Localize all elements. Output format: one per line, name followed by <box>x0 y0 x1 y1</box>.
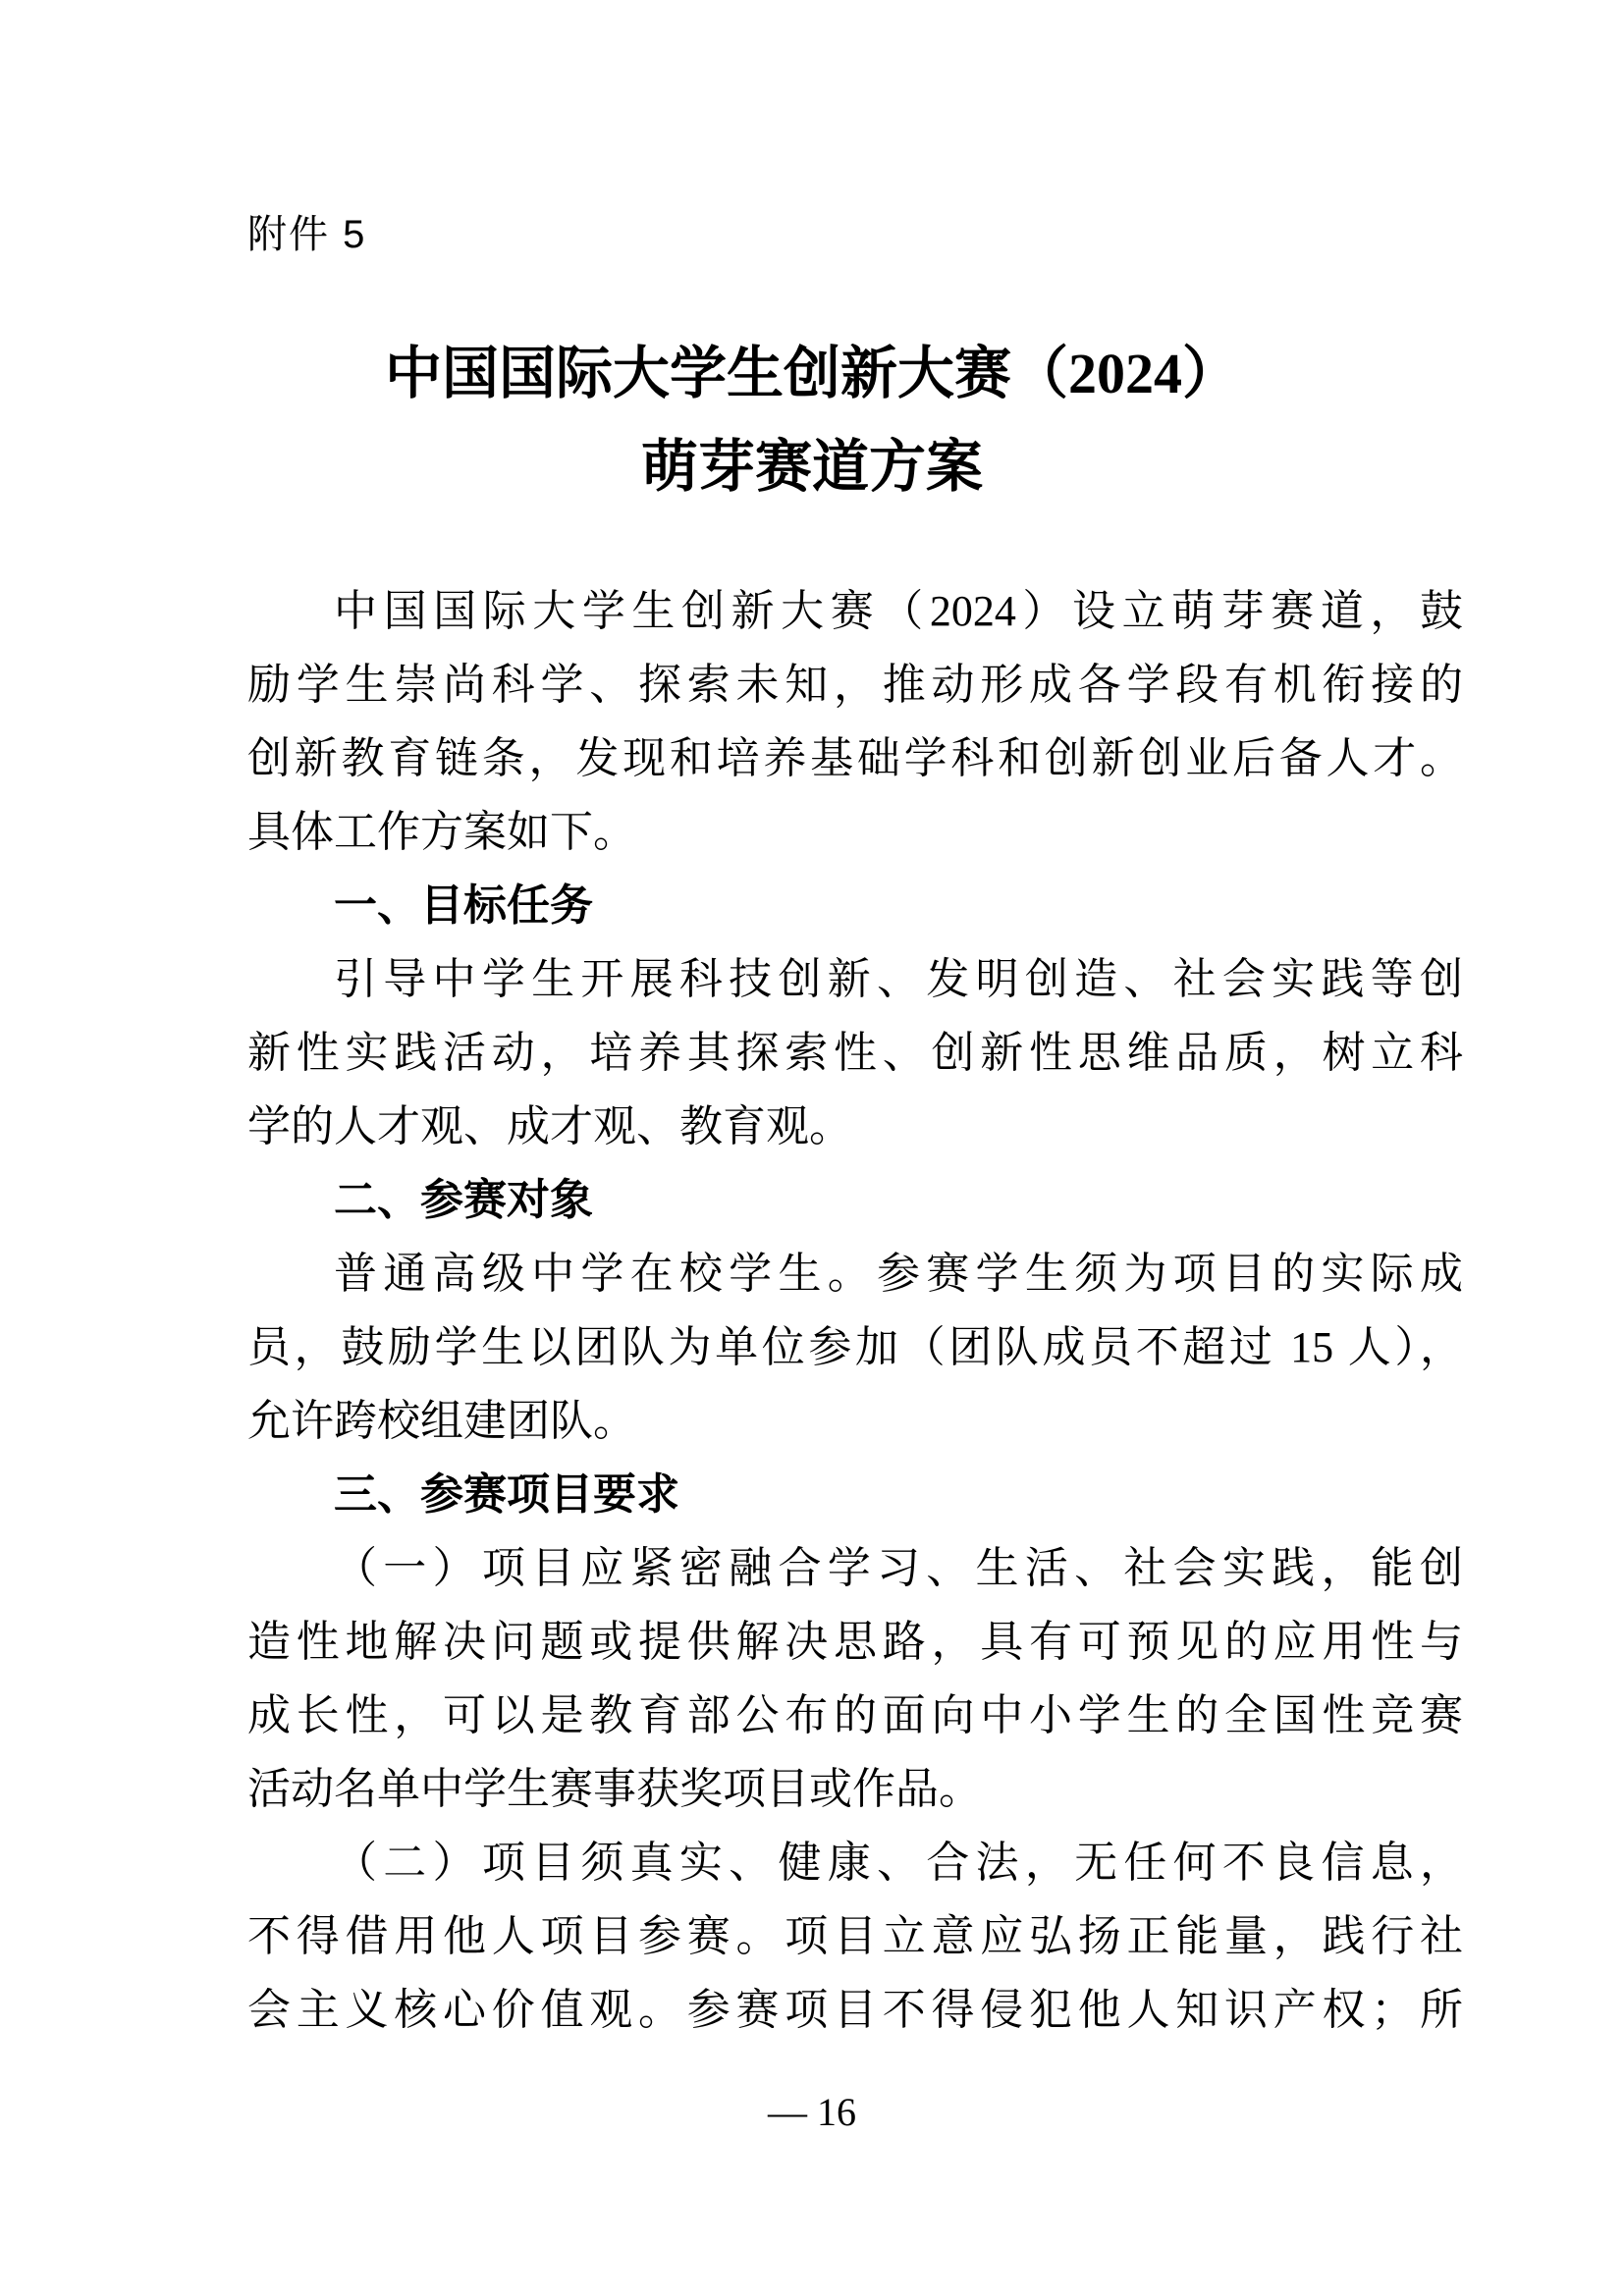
paragraph-line: 中国国际大学生创新大赛（2024）设立萌芽赛道，鼓 <box>247 574 1463 648</box>
document-title: 中国国际大学生创新大赛（2024） 萌芽赛道方案 <box>0 327 1624 513</box>
paragraph-line: 引导中学生开展科技创新、发明创造、社会实践等创 <box>247 942 1463 1016</box>
section-3-paragraph-2: （二）项目须真实、健康、合法，无任何不良信息， 不得借用他人项目参赛。项目立意应… <box>247 1826 1463 2047</box>
paragraph-line: 允许跨校组建团队。 <box>247 1384 1463 1458</box>
paragraph-line: 普通高级中学在校学生。参赛学生须为项目的实际成 <box>247 1237 1463 1310</box>
intro-paragraph: 中国国际大学生创新大赛（2024）设立萌芽赛道，鼓 励学生崇尚科学、探索未知，推… <box>247 574 1463 869</box>
section-1-paragraph: 引导中学生开展科技创新、发明创造、社会实践等创 新性实践活动，培养其探索性、创新… <box>247 942 1463 1163</box>
paragraph-line: 员，鼓励学生以团队为单位参加（团队成员不超过 15 人）， <box>247 1310 1463 1384</box>
paragraph-line: 不得借用他人项目参赛。项目立意应弘扬正能量，践行社 <box>247 1899 1463 1973</box>
paragraph-line: 创新教育链条，发现和培养基础学科和创新创业后备人才。 <box>247 721 1463 795</box>
section-heading-1: 一、目标任务 <box>247 869 1463 942</box>
paragraph-line: （一）项目应紧密融合学习、生活、社会实践，能创 <box>247 1531 1463 1605</box>
section-3-paragraph-1: （一）项目应紧密融合学习、生活、社会实践，能创 造性地解决问题或提供解决思路，具… <box>247 1531 1463 1826</box>
paragraph-line: 励学生崇尚科学、探索未知，推动形成各学段有机衔接的 <box>247 648 1463 721</box>
document-title-line-1: 中国国际大学生创新大赛（2024） <box>0 327 1624 420</box>
paragraph-line: 造性地解决问题或提供解决思路，具有可预见的应用性与 <box>247 1605 1463 1679</box>
paragraph-line: 成长性，可以是教育部公布的面向中小学生的全国性竞赛 <box>247 1679 1463 1752</box>
footer-page-number: — 16 <box>0 2089 1624 2136</box>
document-body: 中国国际大学生创新大赛（2024）设立萌芽赛道，鼓 励学生崇尚科学、探索未知，推… <box>247 574 1463 2047</box>
paragraph-line: 活动名单中学生赛事获奖项目或作品。 <box>247 1752 1463 1826</box>
paragraph-line: （二）项目须真实、健康、合法，无任何不良信息， <box>247 1826 1463 1899</box>
attachment-label: 附件 5 <box>247 211 1624 258</box>
paragraph-line: 学的人才观、成才观、教育观。 <box>247 1090 1463 1163</box>
section-2-paragraph: 普通高级中学在校学生。参赛学生须为项目的实际成 员，鼓励学生以团队为单位参加（团… <box>247 1237 1463 1458</box>
section-heading-3: 三、参赛项目要求 <box>247 1458 1463 1531</box>
document-page: 附件 5 中国国际大学生创新大赛（2024） 萌芽赛道方案 中国国际大学生创新大… <box>0 0 1624 2296</box>
section-heading-2: 二、参赛对象 <box>247 1163 1463 1237</box>
document-title-line-2: 萌芽赛道方案 <box>0 420 1624 513</box>
paragraph-line: 会主义核心价值观。参赛项目不得侵犯他人知识产权；所 <box>247 1973 1463 2047</box>
paragraph-line: 具体工作方案如下。 <box>247 795 1463 869</box>
paragraph-line: 新性实践活动，培养其探索性、创新性思维品质，树立科 <box>247 1016 1463 1090</box>
